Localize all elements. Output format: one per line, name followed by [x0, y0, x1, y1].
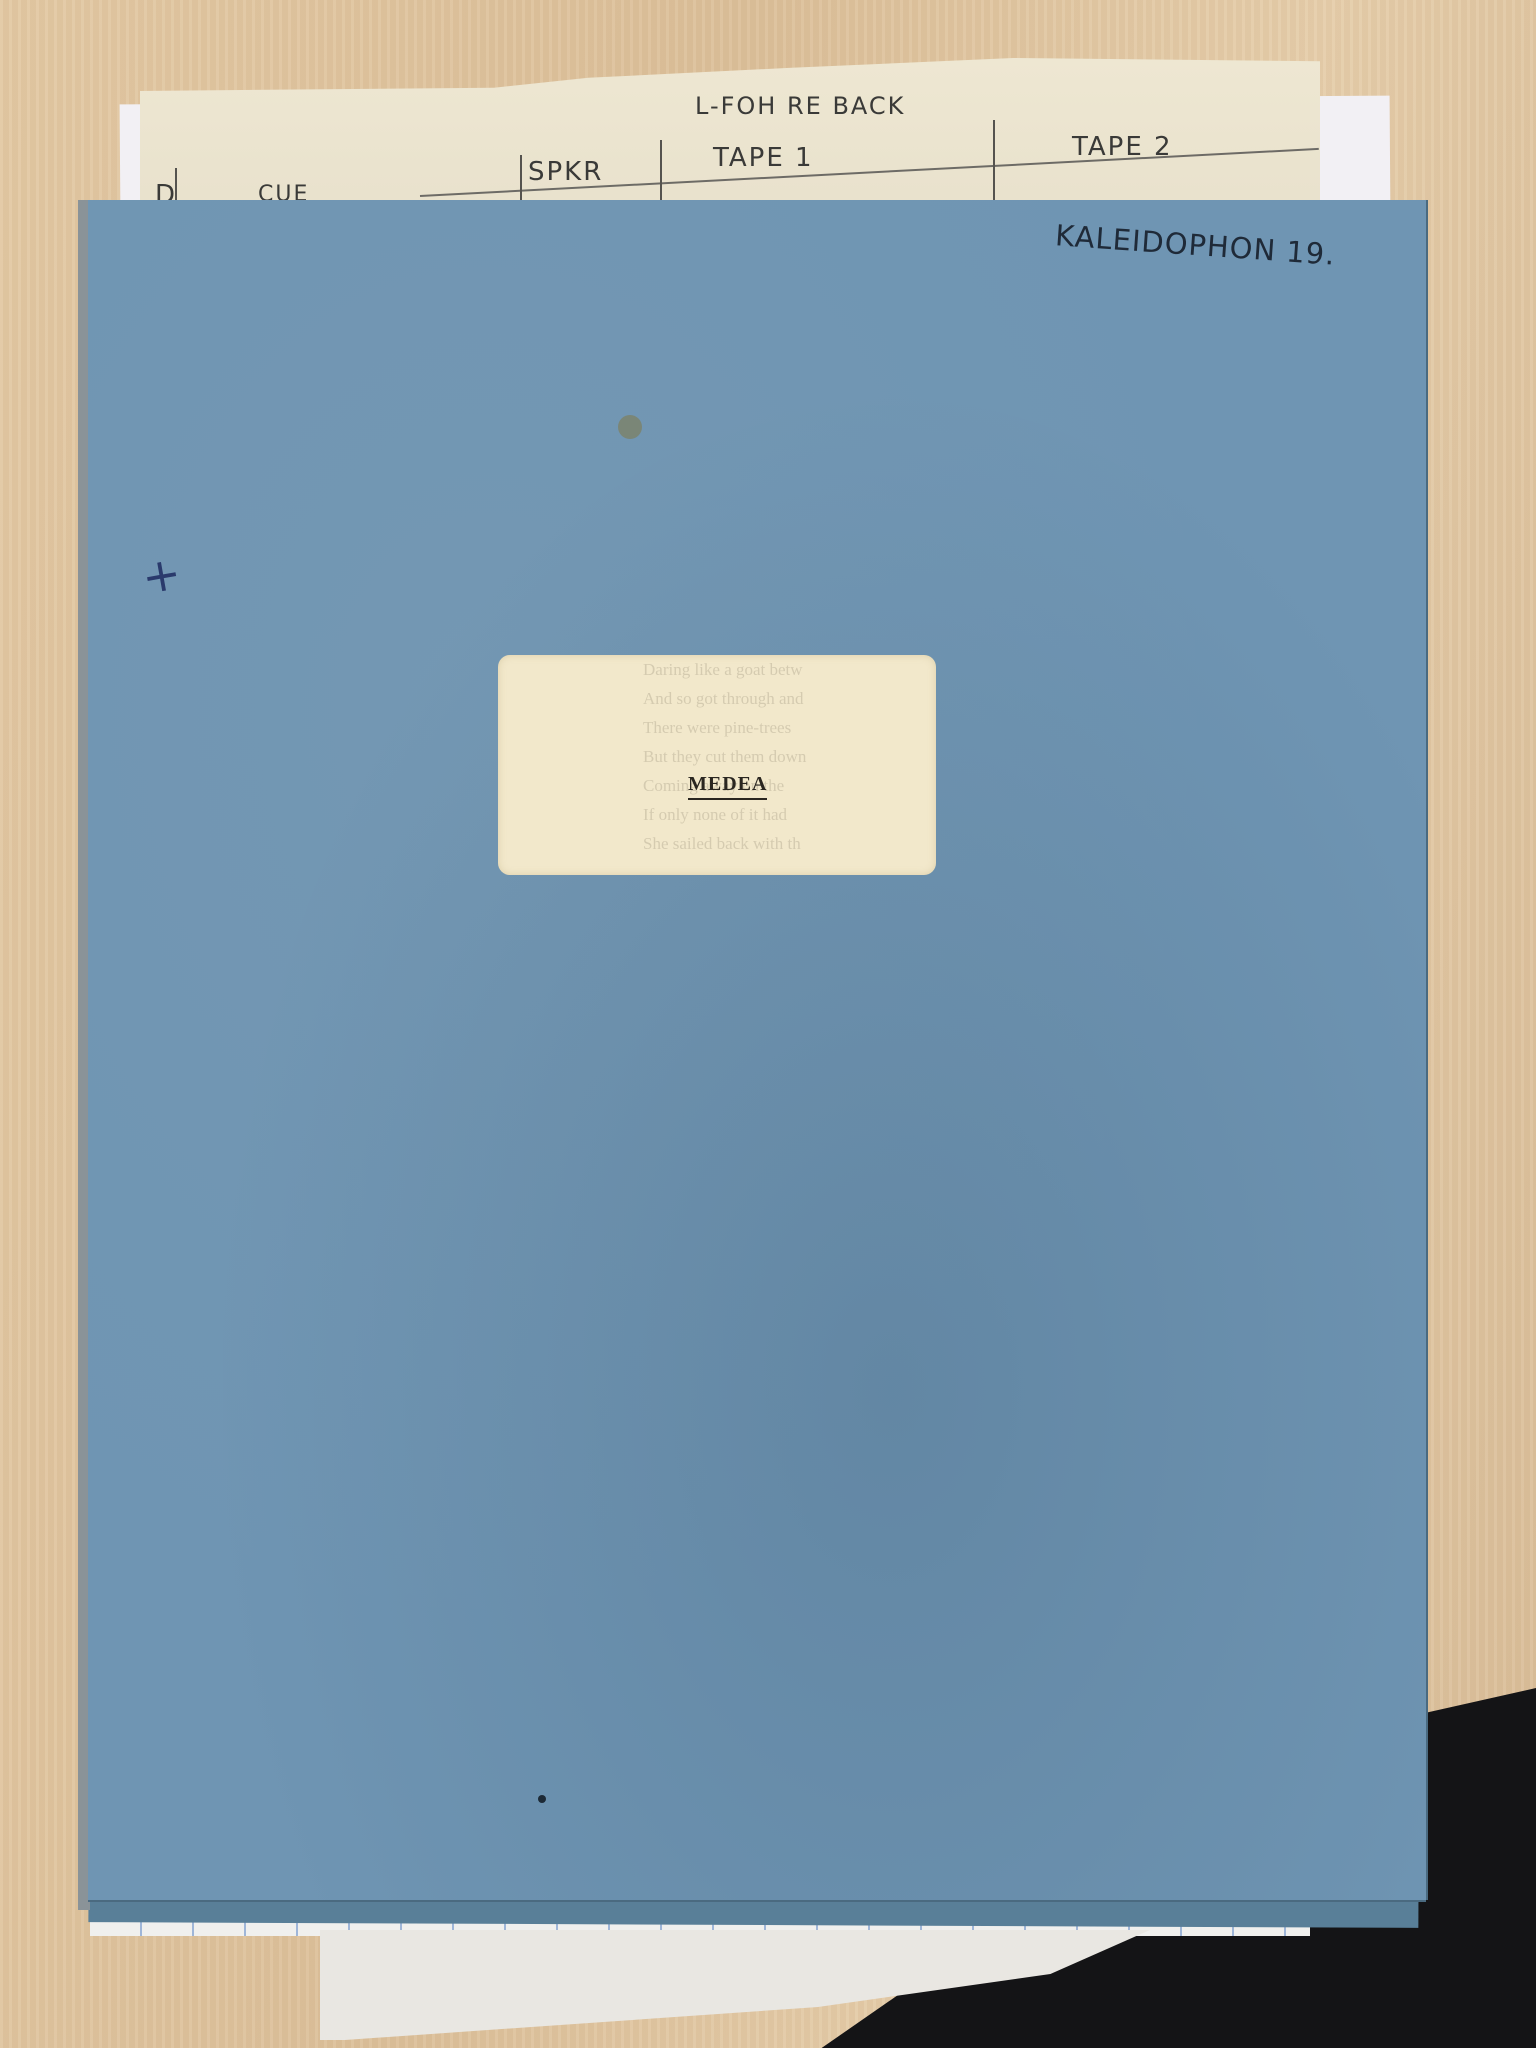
column-header-tape2: TAPE 2	[1072, 132, 1173, 162]
column-header-tape1: TAPE 1	[713, 143, 814, 173]
dot-mark	[538, 1795, 546, 1803]
folder-label: Daring like a goat betw And so got throu…	[498, 655, 936, 875]
cue-sheet-heading: L-FOH RE BACK	[695, 92, 905, 120]
label-title: MEDEA	[688, 773, 767, 800]
column-header-spkr: SPKR	[528, 157, 603, 187]
show-through-text: Daring like a goat betw And so got throu…	[643, 655, 936, 858]
stain-spot	[618, 415, 642, 439]
folder-front-cover	[88, 200, 1426, 1900]
column-divider	[993, 120, 995, 210]
